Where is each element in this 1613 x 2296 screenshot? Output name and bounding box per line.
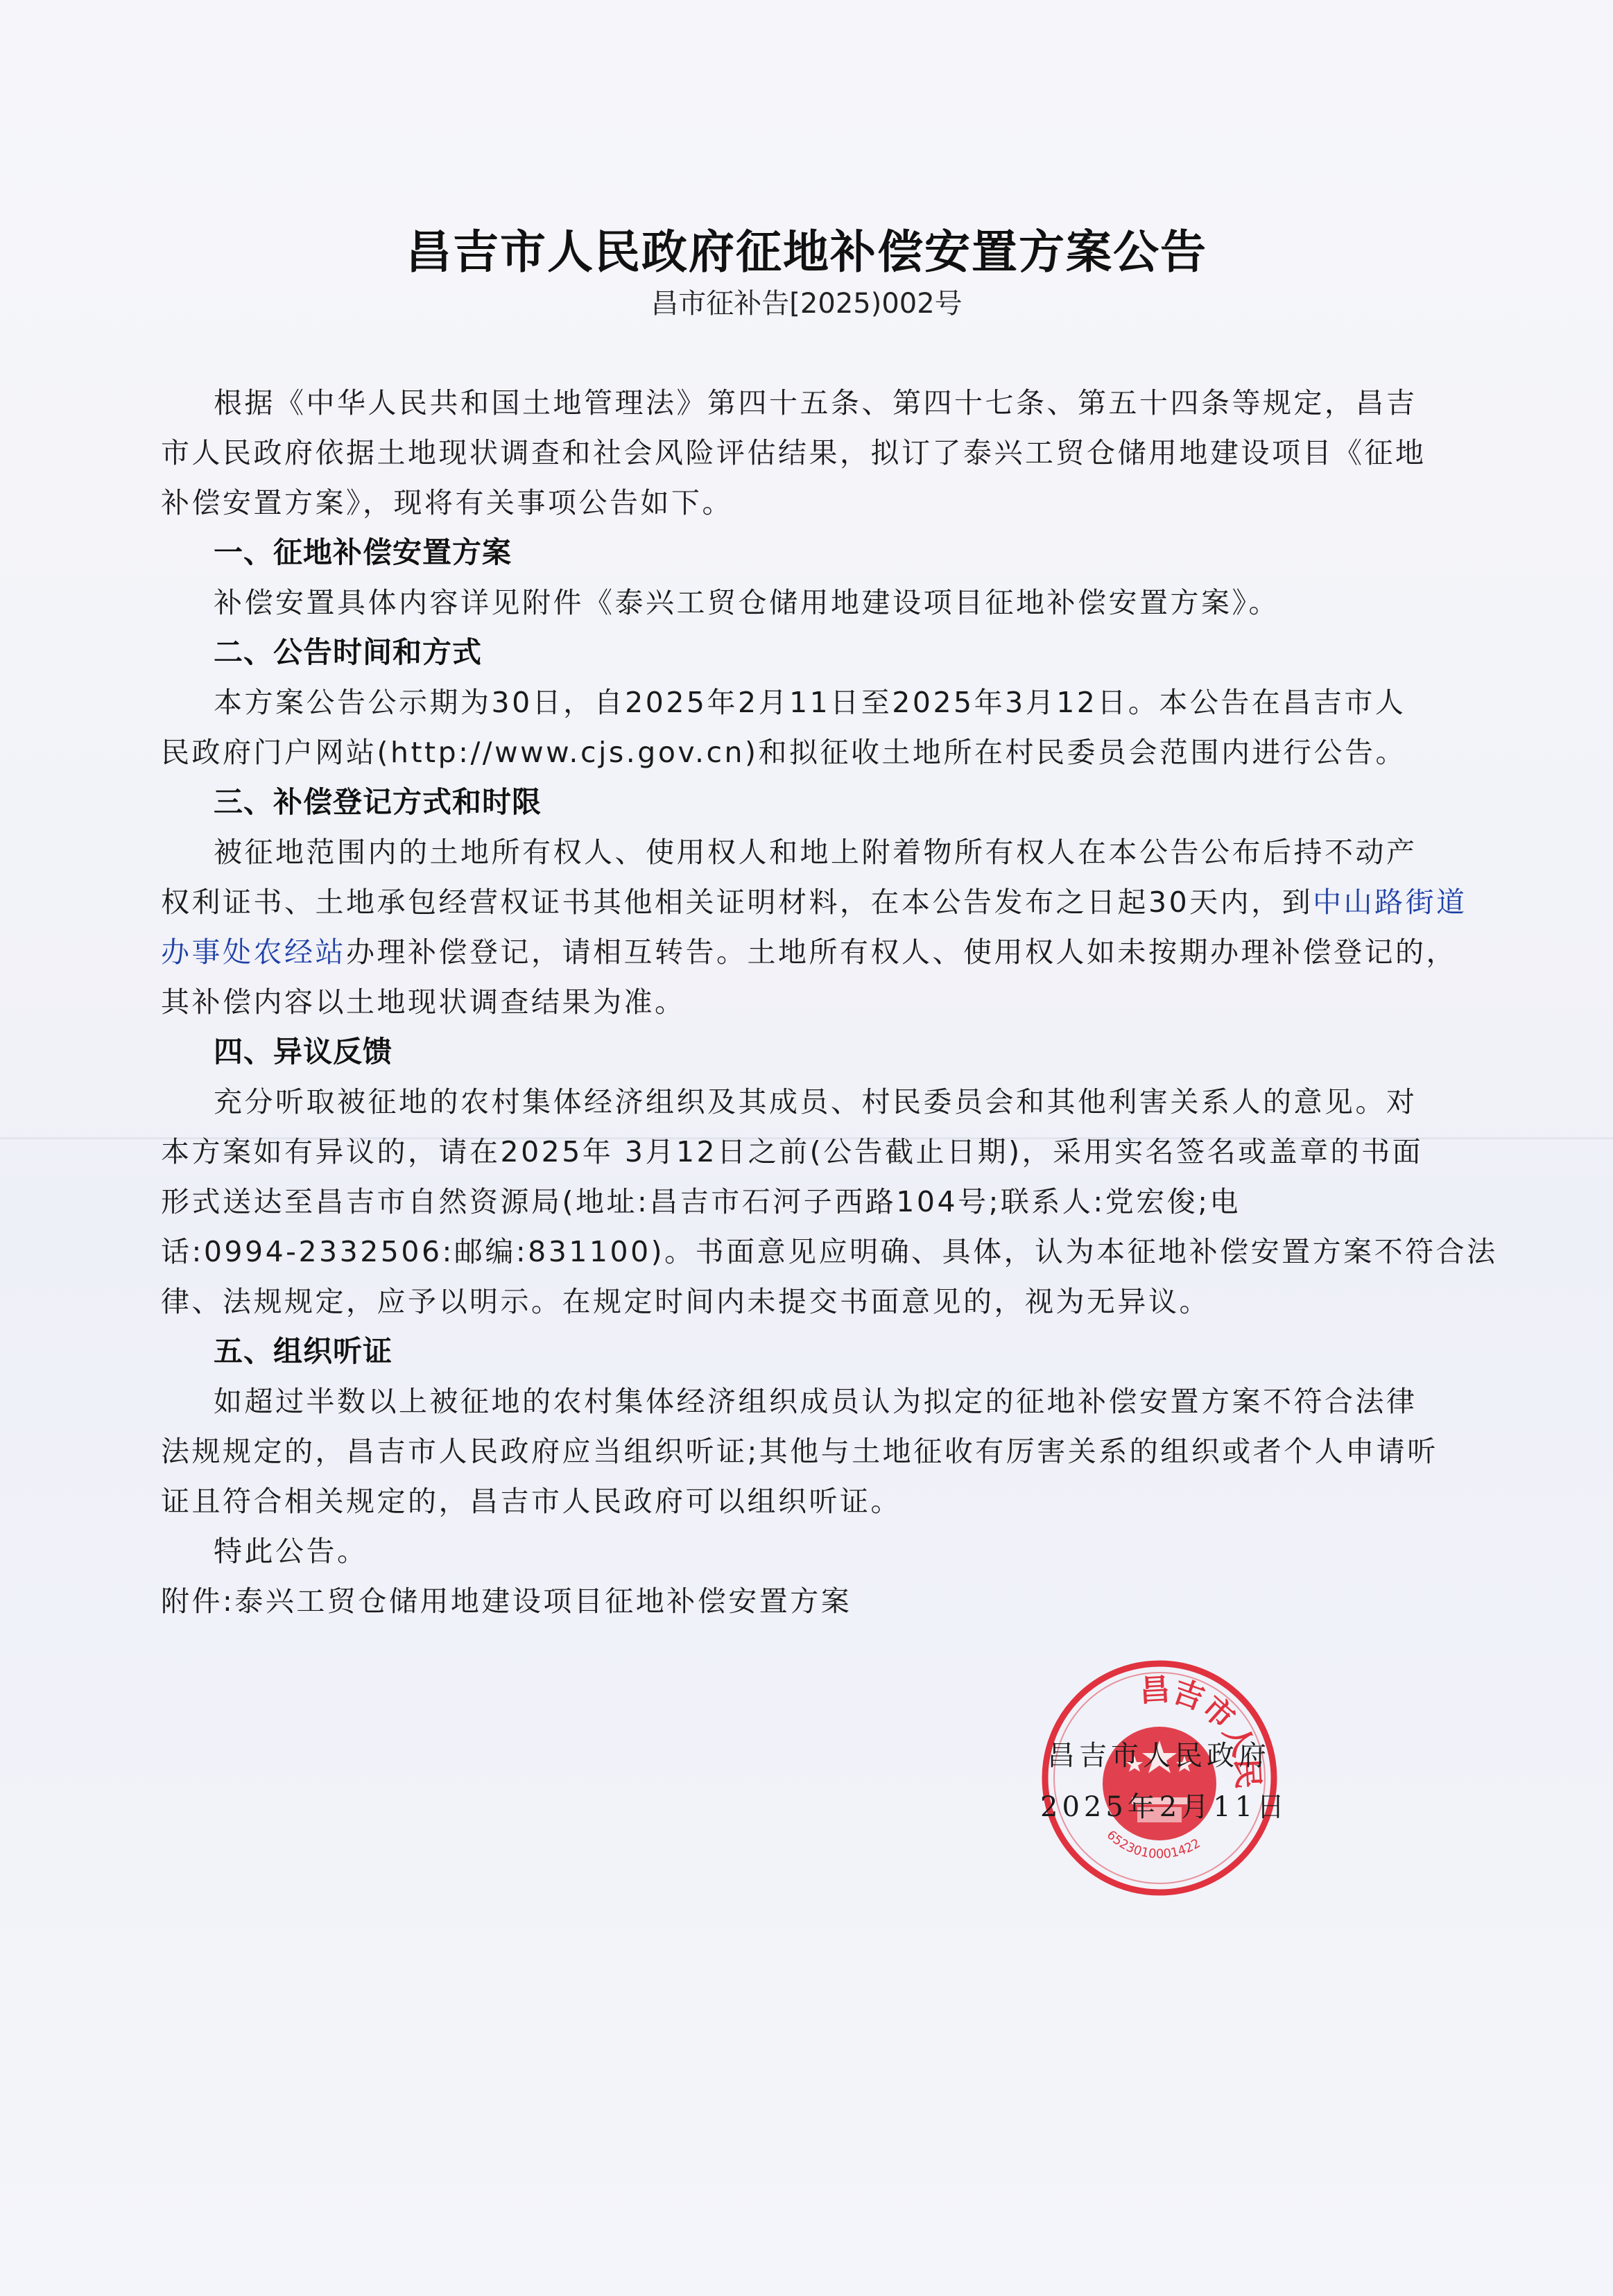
section-heading: 一、征地补偿安置方案 (214, 530, 1476, 571)
section-text: 民政府门户网站(http://www.cjs.gov.cn)和拟征收土地所在村民… (161, 730, 1423, 770)
highlight-location: 办事处农经站 (161, 935, 346, 969)
section-text: 其补偿内容以土地现状调查结果为准。 (161, 979, 1423, 1020)
intro-line: 市人民政府依据土地现状调查和社会风险评估结果，拟订了泰兴工贸仓储用地建设项目《征… (161, 430, 1423, 471)
section-text: 补偿安置具体内容详见附件《泰兴工贸仓储用地建设项目征地补偿安置方案》。 (214, 580, 1476, 621)
section-text: 本方案如有异议的，请在2025年 3月12日之前(公告截止日期)，采用实名签名或… (161, 1129, 1423, 1170)
document-page: 昌吉市人民政府征地补偿安置方案公告 昌市征补告[2025)002号 根据《中华人… (0, 0, 1613, 2296)
highlight-location: 中山路街道 (1313, 886, 1467, 919)
section-text: 话:0994-2332506:邮编:831100)。书面意见应明确、具体，认为本… (161, 1229, 1423, 1270)
section-text-with-highlight: 办事处农经站办理补偿登记，请相互转告。土地所有权人、使用权人如未按期办理补偿登记… (161, 929, 1423, 970)
closing-text: 特此公告。 (214, 1528, 1476, 1569)
section-text: 律、法规规定，应予以明示。在规定时间内未提交书面意见的，视为无异议。 (161, 1279, 1423, 1320)
document-title: 昌吉市人民政府征地补偿安置方案公告 (0, 215, 1613, 281)
section-text: 办理补偿登记，请相互转告。土地所有权人、使用权人如未按期办理补偿登记的， (346, 935, 1457, 969)
section-text: 被征地范围内的土地所有权人、使用权人和地上附着物所有权人在本公告公布后持不动产 (214, 829, 1476, 870)
section-heading: 二、公告时间和方式 (214, 630, 1476, 671)
section-text: 证且符合相关规定的，昌吉市人民政府可以组织听证。 (161, 1478, 1423, 1519)
document-number: 昌市征补告[2025)002号 (0, 282, 1613, 321)
section-text: 形式送达至昌吉市自然资源局(地址:昌吉市石河子西路104号;联系人:党宏俊;电 (161, 1179, 1423, 1220)
section-text: 充分听取被征地的农村集体经济组织及其成员、村民委员会和其他利害关系人的意见。对 (214, 1079, 1476, 1120)
section-text: 本方案公告公示期为30日，自2025年2月11日至2025年3月12日。本公告在… (214, 680, 1476, 720)
signature-issuer: 昌吉市人民政府 (1047, 1734, 1270, 1773)
official-seal-icon: 昌吉市人民政府 6523010001422 (1040, 1659, 1279, 1898)
section-text: 权利证书、土地承包经营权证书其他相关证明材料，在本公告发布之日起30天内，到 (161, 886, 1313, 919)
attachment-line: 附件:泰兴工贸仓储用地建设项目征地补偿安置方案 (161, 1578, 1423, 1619)
section-text: 法规规定的，昌吉市人民政府应当组织听证;其他与土地征收有厉害关系的组织或者个人申… (161, 1428, 1423, 1469)
intro-line: 补偿安置方案》，现将有关事项公告如下。 (161, 480, 1423, 521)
section-heading: 四、异议反馈 (214, 1029, 1476, 1071)
signature-date: 2025年2月11日 (1040, 1785, 1288, 1824)
intro-line: 根据《中华人民共和国土地管理法》第四十五条、第四十七条、第五十四条等规定，昌吉 (214, 380, 1476, 421)
section-text: 如超过半数以上被征地的农村集体经济组织成员认为拟定的征地补偿安置方案不符合法律 (214, 1379, 1476, 1419)
section-heading: 三、补偿登记方式和时限 (214, 779, 1476, 821)
section-text-with-highlight: 权利证书、土地承包经营权证书其他相关证明材料，在本公告发布之日起30天内，到中山… (161, 879, 1423, 920)
section-heading: 五、组织听证 (214, 1329, 1476, 1370)
